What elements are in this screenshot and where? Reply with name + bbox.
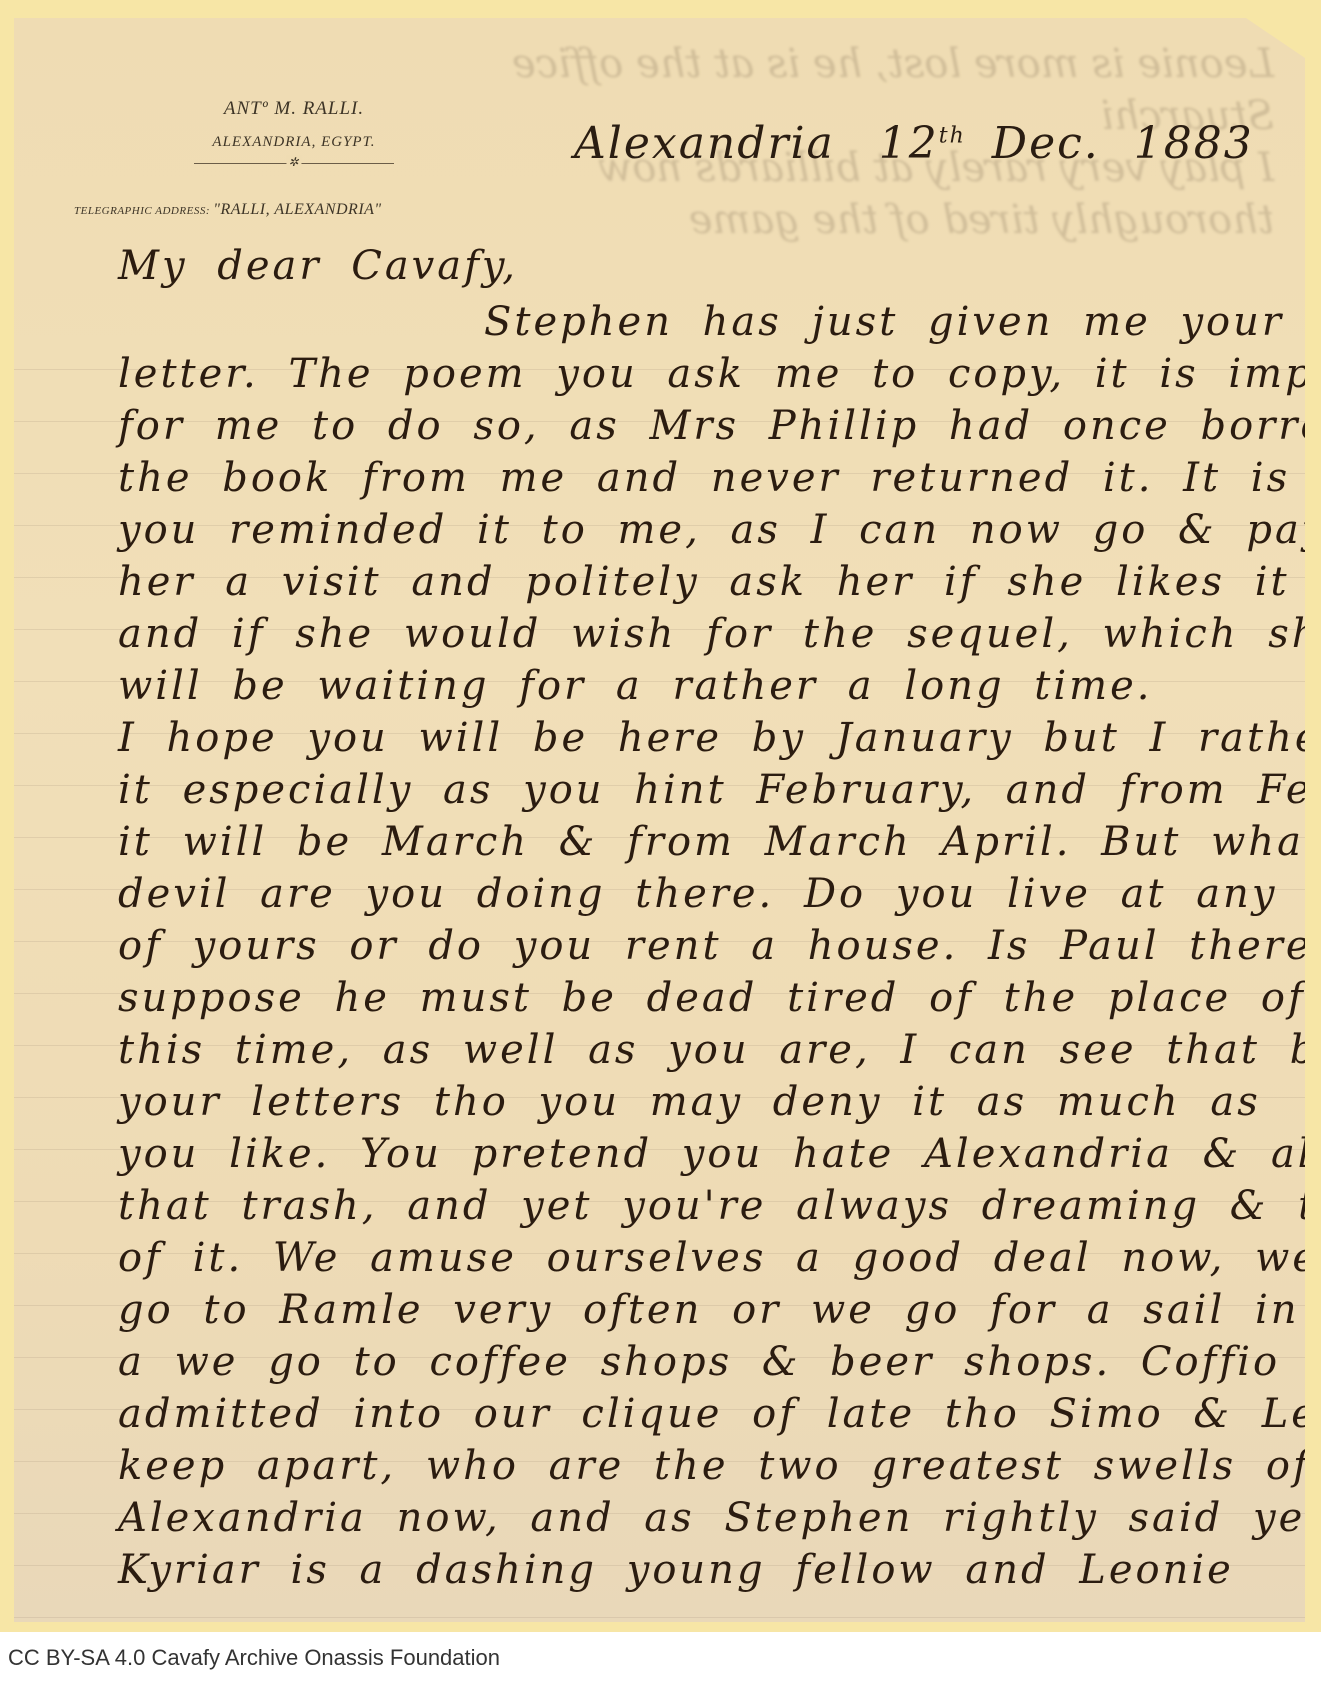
letterhead: ANTº M. RALLI. ALEXANDRIA, EGYPT. ✲ bbox=[144, 98, 444, 164]
letter-line: suppose he must be dead tired of the pla… bbox=[118, 975, 1258, 1021]
letter-line: the book from me and never returned it. … bbox=[118, 455, 1258, 501]
letter-line: you reminded it to me, as I can now go &… bbox=[118, 507, 1258, 553]
date-day: 12 bbox=[879, 118, 939, 169]
letter-line: and if she would wish for the sequel, wh… bbox=[118, 611, 1258, 657]
letter-line: a we go to coffee shops & beer shops. Co… bbox=[118, 1339, 1258, 1385]
letterhead-city: ALEXANDRIA, EGYPT. bbox=[144, 134, 444, 151]
letter-line: this time, as well as you are, I can see… bbox=[118, 1027, 1258, 1073]
letter-line: admitted into our clique of late tho Sim… bbox=[118, 1391, 1258, 1437]
letter-line: you like. You pretend you hate Alexandri… bbox=[118, 1131, 1258, 1177]
letter-line: Stephen has just given me your last bbox=[484, 299, 1305, 345]
letter-line: of yours or do you rent a house. Is Paul… bbox=[118, 923, 1258, 969]
salutation: My dear Cavafy, bbox=[118, 243, 1258, 289]
letter-line: that trash, and yet you're always dreami… bbox=[118, 1183, 1258, 1229]
letter-line: devil are you doing there. Do you live a… bbox=[118, 871, 1258, 917]
letterhead-divider: ✲ bbox=[194, 163, 394, 164]
telegraphic-value: "RALLI, ALEXANDRIA" bbox=[213, 201, 381, 218]
letter-line: letter. The poem you ask me to copy, it … bbox=[118, 351, 1258, 397]
date-month: Dec. bbox=[992, 118, 1100, 169]
telegraphic-address: TELEGRAPHIC ADDRESS: "RALLI, ALEXANDRIA" bbox=[74, 201, 382, 219]
date-day-suffix: th bbox=[939, 123, 966, 148]
letter-line: it will be March & from March April. But… bbox=[118, 819, 1258, 865]
bleed-line: Leonie is more lost, he is at the office bbox=[54, 38, 1274, 90]
letter-line: for me to do so, as Mrs Phillip had once… bbox=[118, 403, 1258, 449]
dateline: Alexandria 12th Dec. 1883 bbox=[574, 118, 1254, 169]
date-year: 1883 bbox=[1134, 118, 1254, 169]
letter-paper: Leonie is more lost, he is at the office… bbox=[14, 18, 1305, 1622]
letter-line: Kyriar is a dashing young fellow and Leo… bbox=[118, 1547, 1258, 1593]
letter-line: I hope you will be here by January but I… bbox=[118, 715, 1258, 761]
letter-line: of it. We amuse ourselves a good deal no… bbox=[118, 1235, 1258, 1281]
ornament-icon: ✲ bbox=[286, 155, 301, 170]
date-place: Alexandria bbox=[574, 118, 835, 169]
telegraphic-label: TELEGRAPHIC ADDRESS: bbox=[74, 205, 210, 217]
letterhead-name: ANTº M. RALLI. bbox=[144, 98, 444, 120]
letter-line: keep apart, who are the two greatest swe… bbox=[118, 1443, 1258, 1489]
letter-line: her a visit and politely ask her if she … bbox=[118, 559, 1258, 605]
license-credit: CC BY-SA 4.0 Cavafy Archive Onassis Foun… bbox=[8, 1645, 500, 1671]
letter-line: Alexandria now, and as Stephen rightly s… bbox=[118, 1495, 1258, 1541]
letter-line: it especially as you hint February, and … bbox=[118, 767, 1258, 813]
letter-line: go to Ramle very often or we go for a sa… bbox=[118, 1287, 1258, 1333]
letter-line: will be waiting for a rather a long time… bbox=[118, 663, 1258, 709]
letter-line: your letters tho you may deny it as much… bbox=[118, 1079, 1258, 1125]
